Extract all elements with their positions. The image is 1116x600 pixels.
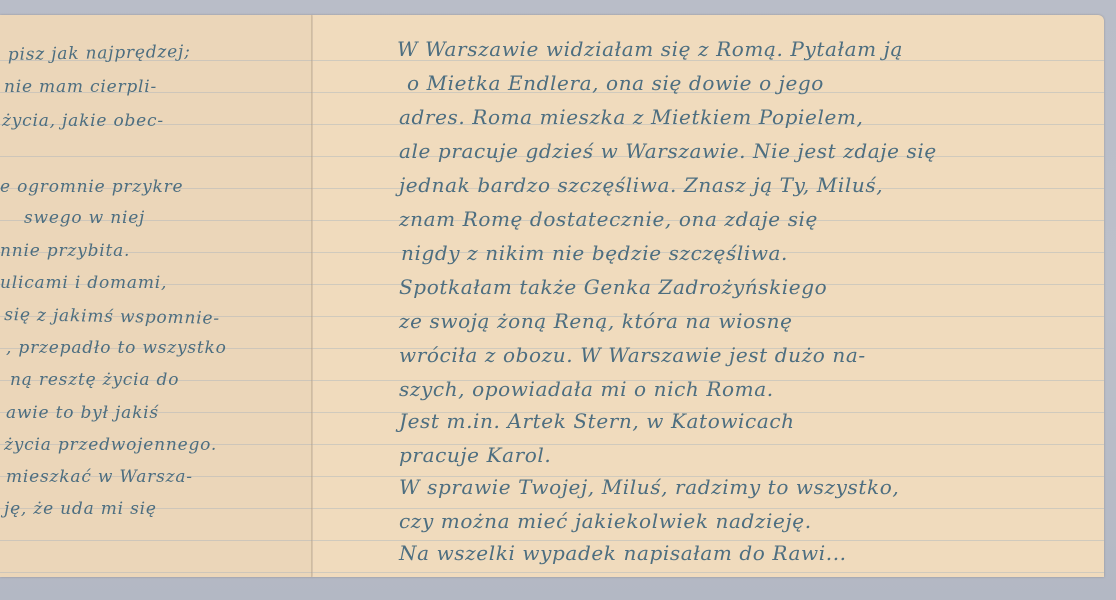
handwritten-line: Na wszelki wypadek napisałam do Rawi... — [399, 541, 847, 565]
handwritten-line: wróciła z obozu. W Warszawie jest dużo n… — [399, 343, 866, 367]
handwritten-line: Jest m.in. Artek Stern, w Katowicach — [399, 409, 795, 433]
handwritten-line: mieszkać w Warsza- — [6, 467, 193, 487]
handwritten-line: ję, że uda mi się — [4, 499, 157, 519]
handwritten-line: życia, jakie obec- — [2, 111, 164, 131]
handwritten-line: o Mietka Endlera, ona się dowie o jego — [407, 71, 824, 95]
handwritten-line: swego w niej — [24, 208, 145, 228]
handwritten-line: życia przedwojennego. — [4, 435, 217, 455]
handwritten-line: awie to był jakiś — [6, 403, 159, 423]
handwritten-line: Spotkałam także Genka Zadrożyńskiego — [399, 275, 827, 299]
handwritten-line: ulicami i domami, — [0, 273, 167, 293]
handwritten-line: W sprawie Twojej, Miluś, radzimy to wszy… — [399, 475, 899, 499]
handwritten-line: adres. Roma mieszka z Mietkiem Popielem, — [399, 105, 863, 129]
handwritten-line: czy można mieć jakiekolwiek nadzieję. — [399, 509, 812, 533]
handwritten-line: pracuje Karol. — [399, 443, 551, 467]
handwritten-line: ną resztę życia do — [10, 370, 179, 390]
handwritten-line: , przepadło to wszystko — [6, 338, 227, 358]
handwritten-line: się z jakimś wspomnie- — [4, 305, 220, 329]
handwritten-line: jednak bardzo szczęśliwa. Znasz ją Ty, M… — [399, 173, 883, 197]
left-notebook-page: pisz jak najprędzej; nie mam cierpli- ży… — [0, 15, 313, 577]
right-notebook-page: W Warszawie widziałam się z Romą. Pytała… — [313, 15, 1104, 577]
handwritten-line: znam Romę dostatecznie, ona zdaje się — [399, 207, 818, 231]
handwritten-line: e ogromnie przykre — [0, 177, 183, 197]
handwritten-line: ze swoją żoną Reną, która na wiosnę — [399, 309, 793, 333]
handwritten-line: szych, opowiadała mi o nich Roma. — [399, 377, 774, 401]
handwritten-line: nigdy z nikim nie będzie szczęśliwa. — [401, 241, 788, 265]
handwritten-line: nnie przybita. — [0, 241, 130, 261]
handwritten-line: pisz jak najprędzej; — [8, 42, 191, 65]
handwritten-line: nie mam cierpli- — [4, 77, 157, 97]
handwritten-line: W Warszawie widziałam się z Romą. Pytała… — [397, 37, 903, 61]
handwritten-line: ale pracuje gdzieś w Warszawie. Nie jest… — [399, 139, 937, 163]
